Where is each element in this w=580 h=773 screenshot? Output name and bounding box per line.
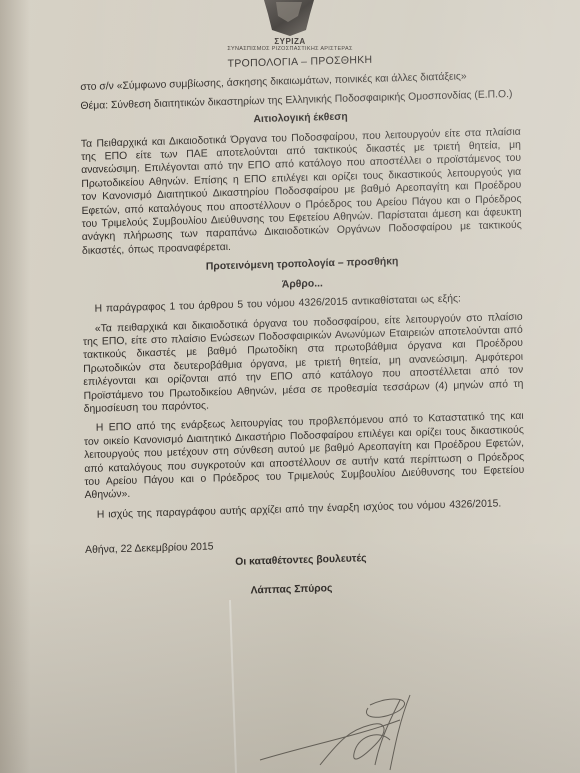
party-name: ΣΥΡΙΖΑ: [0, 37, 580, 46]
article-quote-paragraph-2: Η ΕΠΟ από της ενάρξεως λειτουργίας του π…: [84, 410, 525, 503]
document-photo: ΣΥΡΙΖΑ ΣΥΝΑΣΠΙΣΜΟΣ ΡΙΖΟΣΠΑΣΤΙΚΗΣ ΑΡΙΣΤΕΡ…: [0, 0, 580, 773]
handwritten-signature-icon: [250, 690, 450, 773]
syriza-star-logo-icon: [258, 0, 320, 36]
rationale-paragraph: Τα Πειθαρχικά και Δικαιοδοτικά Όργανα το…: [81, 125, 522, 258]
signer-name: Λάππας Σπύρος: [250, 577, 525, 598]
paper-fold: [229, 600, 237, 773]
article-quote-paragraph-1: «Τα πειθαρχικά και δικαιοδοτικά όργανα τ…: [83, 310, 524, 416]
document-body: ΤΡΟΠΟΛΟΓΙΑ – ΠΡΟΣΘΗΚΗ στο σ/ν «Σύμφωνο σ…: [80, 46, 526, 603]
